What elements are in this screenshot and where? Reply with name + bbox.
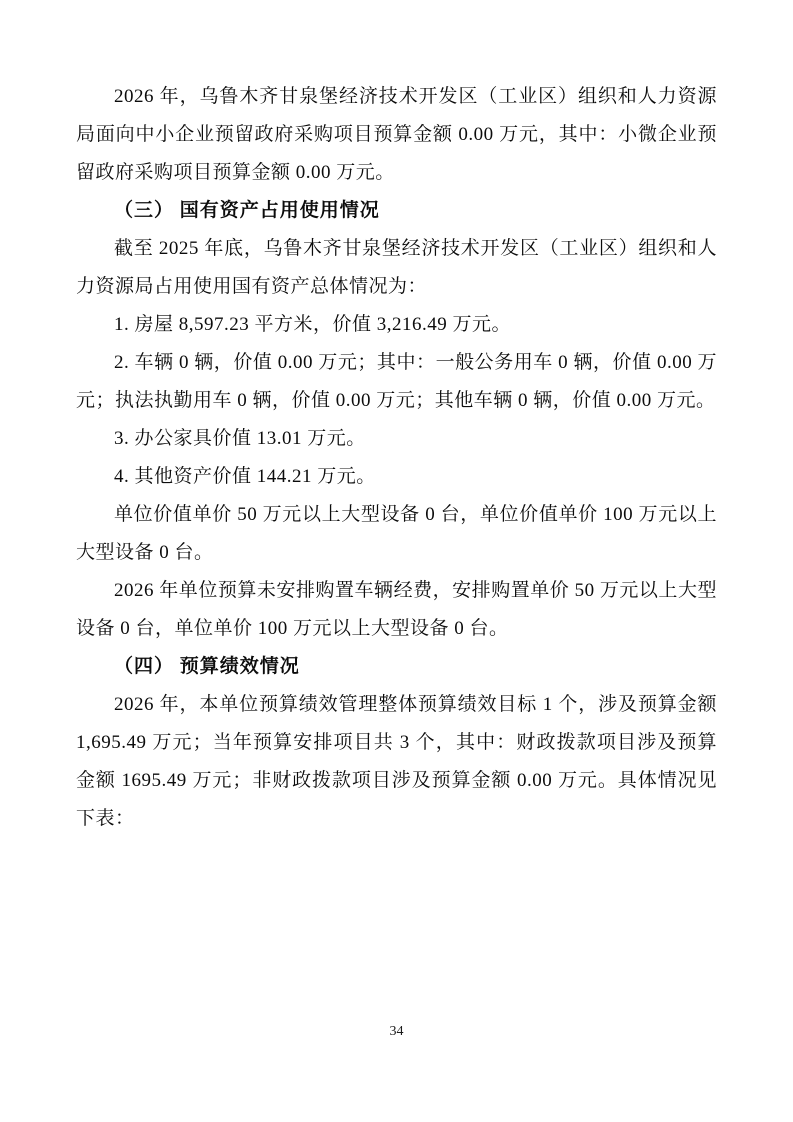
para-budget-performance-summary: 2026 年，本单位预算绩效管理整体预算绩效目标 1 个，涉及预算金额 1,69… (76, 686, 717, 838)
item-housing-value: 1. 房屋 8,597.23 平方米，价值 3,216.49 万元。 (76, 306, 717, 344)
item-office-furniture-value: 3. 办公家具价值 13.01 万元。 (76, 420, 717, 458)
page-number: 34 (0, 1022, 793, 1042)
heading-state-assets-usage: （三） 国有资产占用使用情况 (76, 192, 717, 230)
heading-budget-performance: （四） 预算绩效情况 (76, 648, 717, 686)
para-govt-procurement-smb: 2026 年，乌鲁木齐甘泉堡经济技术开发区（工业区）组织和人力资源局面向中小企业… (76, 78, 717, 192)
item-other-assets-value: 4. 其他资产价值 144.21 万元。 (76, 458, 717, 496)
document-body: 2026 年，乌鲁木齐甘泉堡经济技术开发区（工业区）组织和人力资源局面向中小企业… (76, 78, 717, 838)
para-large-equipment-counts: 单位价值单价 50 万元以上大型设备 0 台，单位价值单价 100 万元以上大型… (76, 496, 717, 572)
item-vehicles-value: 2. 车辆 0 辆，价值 0.00 万元；其中：一般公务用车 0 辆，价值 0.… (76, 344, 717, 420)
para-2026-vehicle-equipment-budget: 2026 年单位预算未安排购置车辆经费，安排购置单价 50 万元以上大型设备 0… (76, 572, 717, 648)
para-state-assets-intro: 截至 2025 年底，乌鲁木齐甘泉堡经济技术开发区（工业区）组织和人力资源局占用… (76, 230, 717, 306)
document-page: 2026 年，乌鲁木齐甘泉堡经济技术开发区（工业区）组织和人力资源局面向中小企业… (0, 0, 793, 1122)
